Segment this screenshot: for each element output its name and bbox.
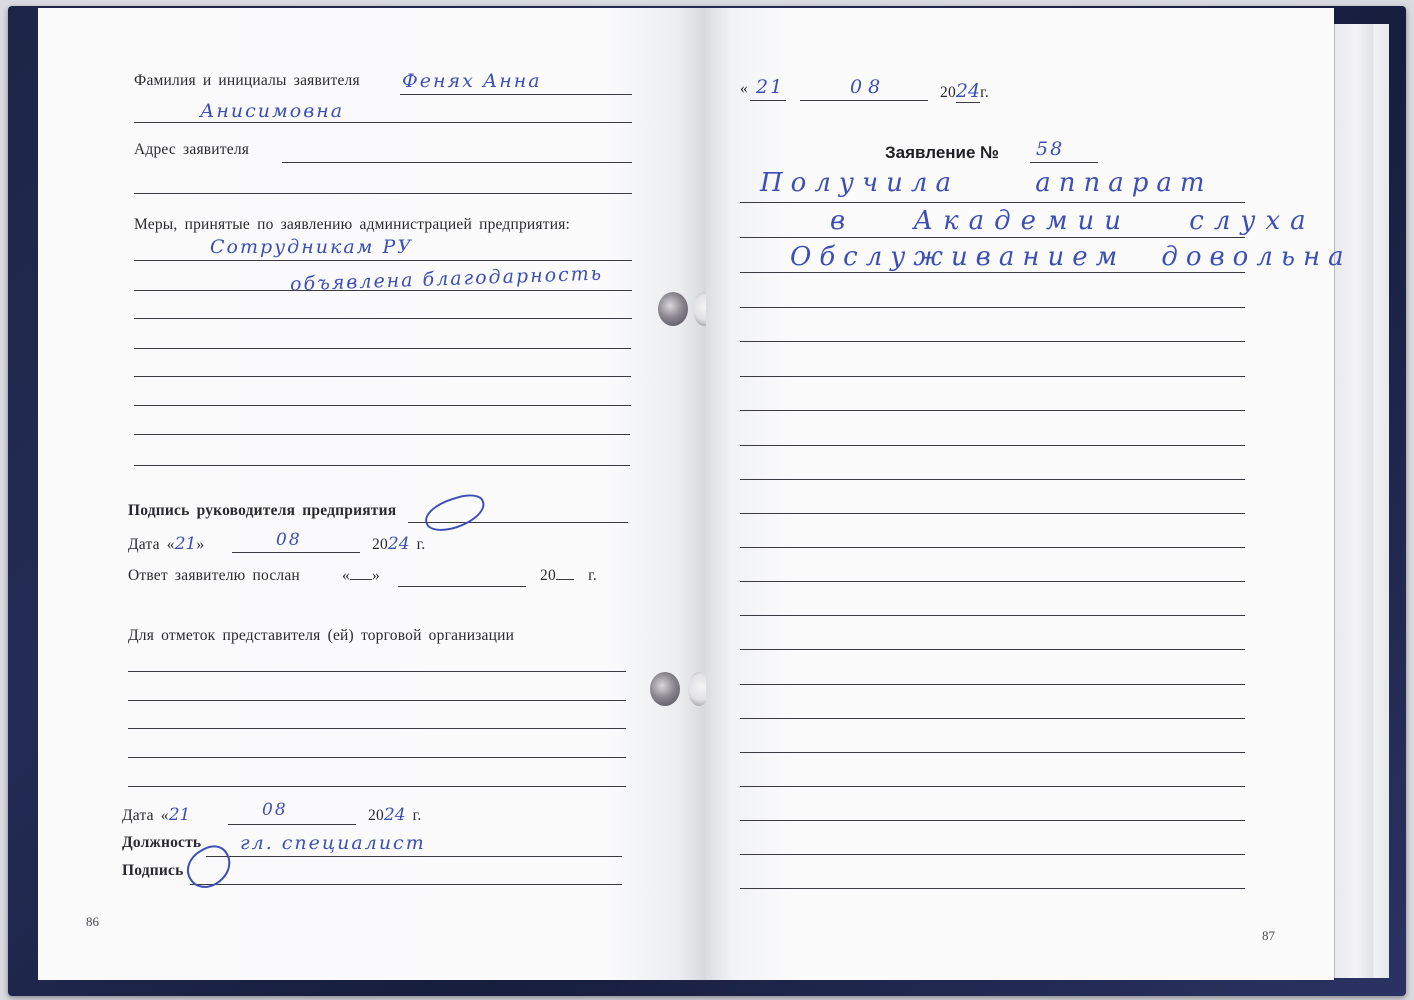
rep-date-day: 21 (169, 805, 191, 825)
statement-handwritten-3: Обслуживанием довольна (790, 242, 1352, 272)
applicant-name-handwritten-1: Фенях Анна (402, 70, 542, 92)
date-year-prefix: 20 (372, 536, 388, 553)
rep-notes-line (128, 757, 626, 758)
statement-number: 58 (1036, 138, 1064, 160)
address-line-1 (282, 162, 632, 163)
statement-line (740, 684, 1245, 685)
rep-date-year-prefix: 20 (368, 807, 384, 824)
reply-year-unit: г. (588, 567, 597, 584)
statement-line (740, 376, 1245, 377)
rep-date-label: Дата «21 (122, 805, 190, 825)
rep-date-label-text: Дата (122, 807, 154, 824)
reply-year-prefix: 20 (540, 567, 556, 584)
measures-line (134, 260, 632, 261)
measures-line (134, 465, 630, 466)
page-number-right: 87 (1262, 928, 1275, 944)
rep-notes-line (128, 700, 626, 701)
page-stack-edge (1334, 24, 1389, 978)
statement-line (740, 581, 1245, 582)
date-year-suffix: 24 (388, 534, 410, 554)
applicant-name-line-1 (400, 94, 632, 95)
right-date-year-prefix: 20 (940, 84, 956, 101)
right-date-month: 08 (850, 76, 886, 98)
reply-month-line (398, 586, 526, 587)
address-line-2 (134, 193, 632, 194)
page-number-left: 86 (86, 914, 99, 930)
rep-date-quote-open: « (161, 807, 169, 824)
statement-line (740, 513, 1245, 514)
statement-line (740, 786, 1245, 787)
measures-line (134, 348, 631, 349)
rep-notes-line (128, 728, 626, 729)
statement-line (740, 307, 1245, 308)
statement-handwritten-1: Получила аппарат (760, 168, 1213, 198)
statement-line (740, 237, 1245, 238)
right-page (706, 8, 1334, 980)
applicant-name-line-2 (134, 122, 632, 123)
rep-notes-line (128, 786, 626, 787)
right-date-day: 21 (756, 76, 784, 98)
rep-date-year-unit: г. (413, 807, 422, 824)
rep-date-month: 08 (262, 800, 288, 820)
date-year: 2024 г. (372, 534, 426, 554)
binding-hole (650, 672, 680, 706)
measures-line (134, 434, 630, 435)
statement-number-line (1030, 162, 1098, 163)
date-quote-open: « (167, 536, 175, 553)
manager-signature-label: Подпись руководителя предприятия (128, 502, 396, 520)
signature-label: Подпись (122, 862, 184, 880)
rep-notes-label: Для отметок представителя (ей) торговой … (128, 627, 514, 645)
applicant-name-label: Фамилия и инициалы заявителя (134, 72, 360, 90)
date-month-line (232, 552, 360, 553)
right-date: « (740, 80, 748, 98)
rep-date-month-line (228, 824, 356, 825)
signature-line (190, 884, 622, 885)
statement-line (740, 547, 1245, 548)
rep-date-year: 2024 г. (368, 805, 422, 825)
right-date-month-line (800, 100, 928, 101)
position-label: Должность (122, 834, 201, 852)
statement-line (740, 820, 1245, 821)
reply-day (350, 579, 372, 580)
measures-handwritten-1: Сотрудникам РУ (210, 236, 413, 258)
rep-date-year-suffix: 24 (384, 805, 406, 825)
statement-line (740, 479, 1245, 480)
date-quote-close: » (196, 536, 204, 553)
statement-title: Заявление № (885, 143, 999, 163)
reply-year-suffix (556, 579, 574, 580)
measures-line (134, 376, 631, 377)
statement-line (740, 341, 1245, 342)
reply-year: 20 г. (540, 567, 597, 585)
measures-line (134, 405, 631, 406)
reply-label: Ответ заявителю послан (128, 567, 300, 585)
statement-line (740, 854, 1245, 855)
address-label: Адрес заявителя (134, 141, 249, 159)
date-label: Дата «21» (128, 534, 204, 554)
date-label-text: Дата (128, 536, 160, 553)
measures-label: Меры, принятые по заявлению администраци… (134, 216, 570, 234)
date-day: 21 (175, 534, 197, 554)
right-date-day-line (750, 100, 786, 101)
statement-line (740, 752, 1245, 753)
statement-line (740, 410, 1245, 411)
statement-line (740, 272, 1245, 273)
statement-line (740, 718, 1245, 719)
applicant-name-handwritten-2: Анисимовна (200, 100, 344, 122)
position-line (206, 856, 622, 857)
reply-day-quote: «» (342, 567, 380, 585)
statement-line (740, 649, 1245, 650)
statement-line (740, 445, 1245, 446)
statement-line (740, 888, 1245, 889)
statement-handwritten-2: в Академии слуха (830, 206, 1316, 236)
binding-hole (658, 292, 688, 326)
statement-line (740, 202, 1245, 203)
position-value: гл. специалист (240, 832, 426, 854)
right-date-year-suffix: 24 (956, 80, 980, 103)
right-date-year: 2024г. (940, 80, 989, 102)
date-month: 08 (276, 530, 302, 550)
measures-line (134, 318, 632, 319)
rep-notes-line (128, 671, 626, 672)
date-year-unit: г. (417, 536, 426, 553)
statement-line (740, 615, 1245, 616)
right-date-year-unit: г. (980, 84, 989, 101)
